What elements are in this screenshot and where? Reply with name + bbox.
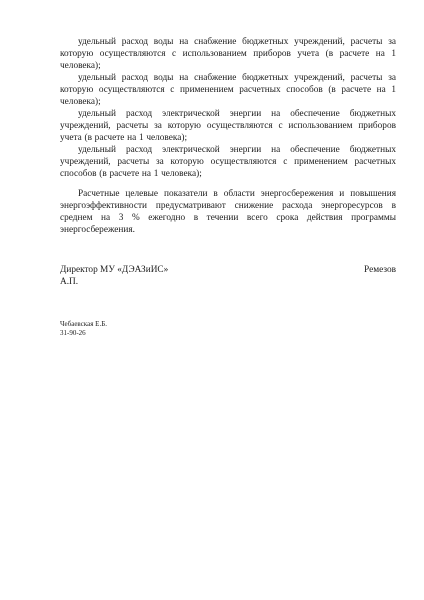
list-item-water-metered: удельный расход воды на снабжение бюджет…	[60, 36, 396, 72]
executor-name: Чебаевская Е.Б.	[60, 320, 396, 329]
list-item-water-calculated: удельный расход воды на снабжение бюджет…	[60, 72, 396, 108]
executor-phone: 31-90-26	[60, 329, 396, 338]
director-surname: Ремезов	[364, 264, 396, 276]
document-page: удельный расход воды на снабжение бюджет…	[0, 0, 424, 600]
director-title: Директор МУ «ДЭАЗиИС»	[60, 264, 168, 276]
executor-block: Чебаевская Е.Б. 31-90-26	[60, 320, 396, 338]
document-content: удельный расход воды на снабжение бюджет…	[60, 36, 396, 338]
list-item-electricity-calculated: удельный расход электрической энергии на…	[60, 144, 396, 180]
list-item-electricity-metered: удельный расход электрической энергии на…	[60, 108, 396, 144]
summary-paragraph: Расчетные целевые показатели в области э…	[60, 188, 396, 236]
director-initials: А.П.	[60, 276, 396, 288]
signature-block: Директор МУ «ДЭАЗиИС» Ремезов	[60, 264, 396, 276]
